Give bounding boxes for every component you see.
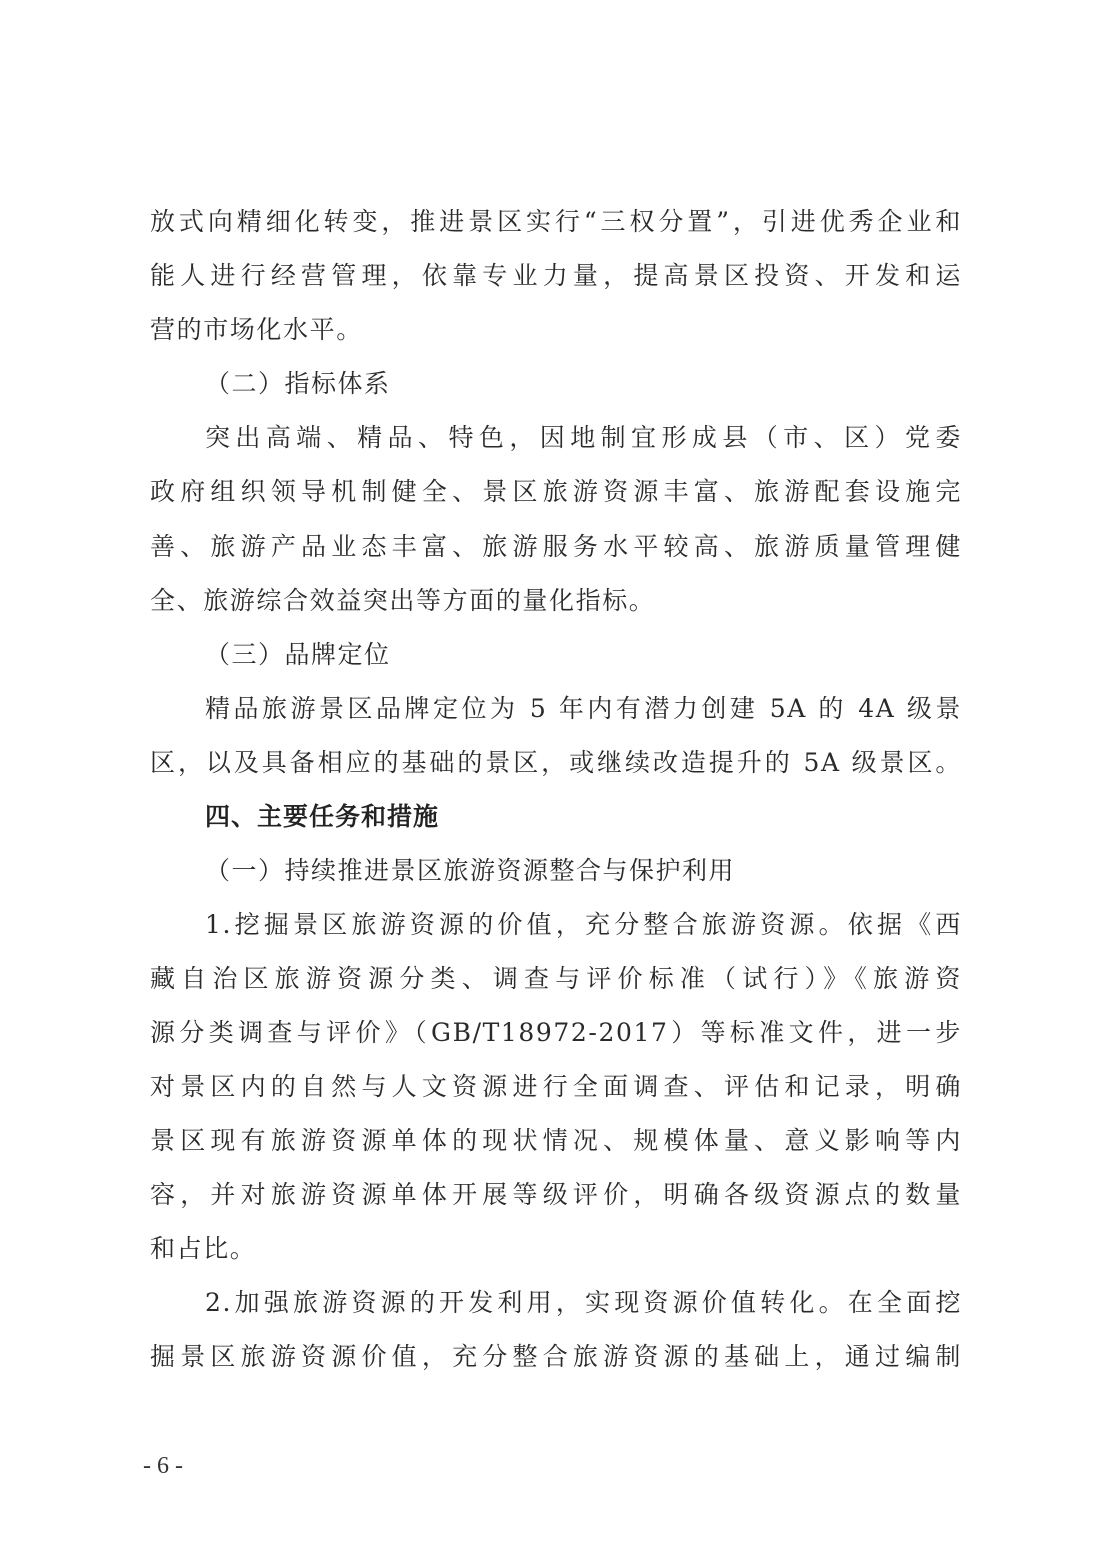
body-text-line: 全、旅游综合效益突出等方面的量化指标。 xyxy=(150,585,962,617)
body-text-line: 善、旅游产品业态丰富、旅游服务水平较高、旅游质量管理健 xyxy=(150,531,962,563)
body-text-line: 政府组织领导机制健全、景区旅游资源丰富、旅游配套设施完 xyxy=(150,476,962,508)
body-text-line: 源分类调查与评价》（GB/T18972-2017）等标准文件，进一步 xyxy=(150,1017,962,1049)
body-text-line: 能人进行经营管理，依靠专业力量，提高景区投资、开发和运 xyxy=(150,260,962,292)
body-text-line: 掘景区旅游资源价值，充分整合旅游资源的基础上，通过编制 xyxy=(150,1341,962,1373)
body-text-line: 1.挖掘景区旅游资源的价值，充分整合旅游资源。依据《西 xyxy=(205,909,962,941)
page-number: - 6 - xyxy=(143,1453,183,1480)
body-text-line: 突出高端、精品、特色，因地制宜形成县（市、区）党委 xyxy=(205,422,962,454)
chapter-heading-main-tasks: 四、主要任务和措施 xyxy=(205,801,439,833)
body-text-line: 2.加强旅游资源的开发利用，实现资源价值转化。在全面挖 xyxy=(205,1287,962,1319)
body-text-line: 藏自治区旅游资源分类、调查与评价标准（试行）》《旅游资 xyxy=(150,963,962,995)
body-text-line: 放式向精细化转变，推进景区实行“三权分置”，引进优秀企业和 xyxy=(150,206,962,238)
body-text-line: 对景区内的自然与人文资源进行全面调查、评估和记录，明确 xyxy=(150,1071,962,1103)
section-heading-brand-positioning: （三）品牌定位 xyxy=(205,639,391,671)
body-text-line: 营的市场化水平。 xyxy=(150,314,962,346)
section-heading-indicator-system: （二）指标体系 xyxy=(205,368,391,400)
body-text-line: 景区现有旅游资源单体的现状情况、规模体量、意义影响等内 xyxy=(150,1125,962,1157)
section-heading-resource-integration: （一）持续推进景区旅游资源整合与保护利用 xyxy=(205,855,735,887)
body-text-line: 容，并对旅游资源单体开展等级评价，明确各级资源点的数量 xyxy=(150,1179,962,1211)
body-text-line: 精品旅游景区品牌定位为 5 年内有潜力创建 5A 的 4A 级景 xyxy=(205,693,962,725)
document-page: 放式向精细化转变，推进景区实行“三权分置”，引进优秀企业和 能人进行经营管理，依… xyxy=(0,0,1103,1565)
body-text-line: 区，以及具备相应的基础的景区，或继续改造提升的 5A 级景区。 xyxy=(150,747,962,779)
body-text-line: 和占比。 xyxy=(150,1233,962,1265)
